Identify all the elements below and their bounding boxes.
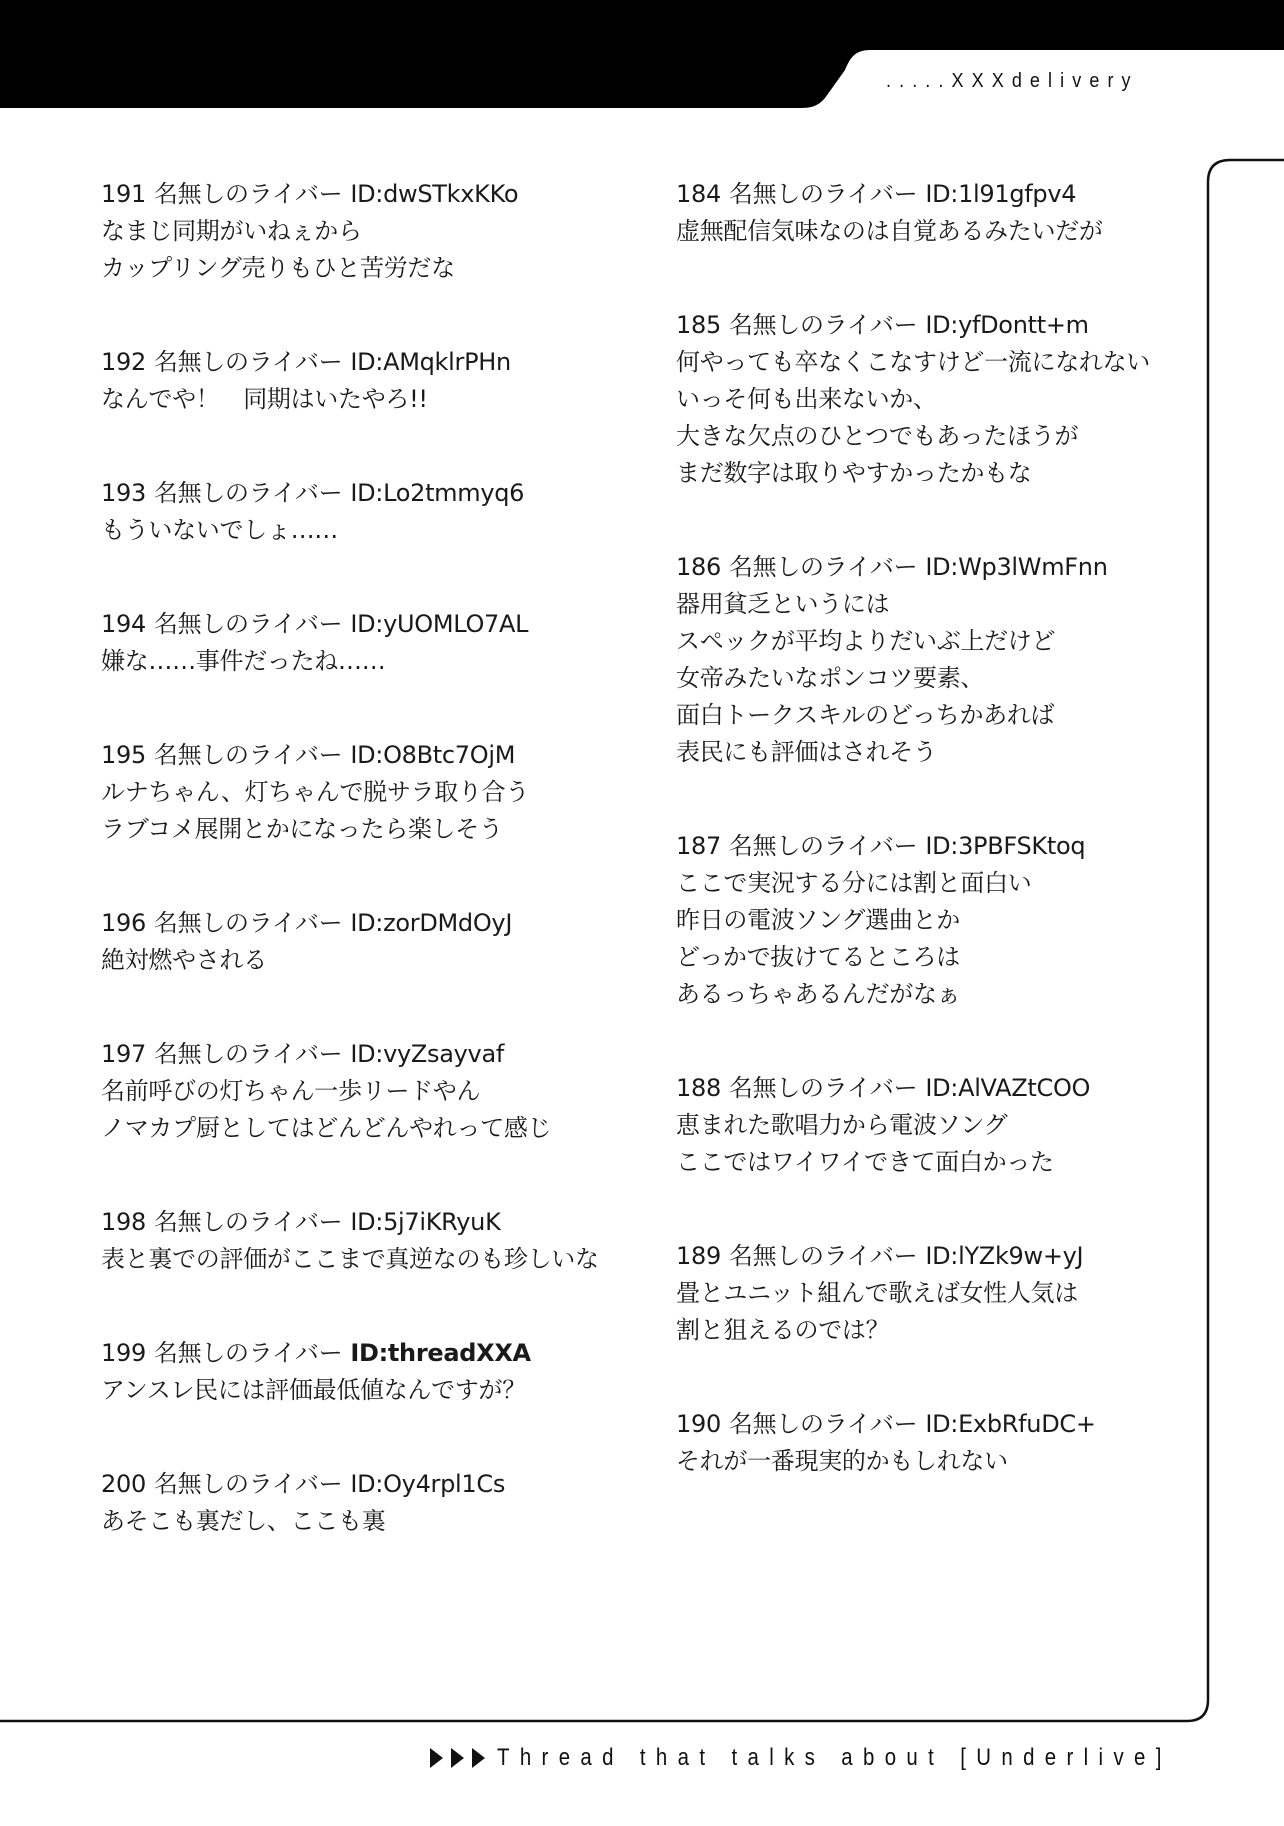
post-body-line: ここで実況する分には割と面白い (676, 865, 1196, 902)
thread-post: 193名無しのライバーID:Lo2tmmyq6もういないでしょ…… (101, 475, 641, 549)
thread-post: 185名無しのライバーID:yfDontt+m何やっても卒なくこなすけど一流にな… (676, 307, 1196, 492)
post-body-line: 女帝みたいなポンコツ要素、 (676, 660, 1196, 697)
thread-post: 198名無しのライバーID:5j7iKRyuK表と裏での評価がここまで真逆なのも… (101, 1204, 641, 1278)
post-header: 195名無しのライバーID:O8Btc7OjM (101, 737, 641, 774)
post-body-line: 恵まれた歌唱力から電波ソング (676, 1107, 1196, 1144)
post-header: 194名無しのライバーID:yUOMLO7AL (101, 606, 641, 643)
post-body-line: なまじ同期がいねぇから (101, 213, 641, 250)
post-number: 195 (101, 741, 146, 769)
post-body-line: 虚無配信気味なのは自覚あるみたいだが (676, 213, 1196, 250)
poster-name: 名無しのライバー (154, 610, 342, 638)
poster-name: 名無しのライバー (729, 1410, 917, 1438)
post-number: 185 (676, 311, 721, 339)
post-header: 200名無しのライバーID:Oy4rpl1Cs (101, 1466, 641, 1503)
poster-id: ID:O8Btc7OjM (350, 741, 515, 769)
thread-post: 191名無しのライバーID:dwSTkxKKoなまじ同期がいねぇからカップリング… (101, 176, 641, 287)
footer-arrows (430, 1748, 485, 1768)
poster-name: 名無しのライバー (154, 1040, 342, 1068)
post-header: 185名無しのライバーID:yfDontt+m (676, 307, 1196, 344)
post-body-line: ノマカプ厨としてはどんどんやれって感じ (101, 1110, 641, 1147)
poster-id: ID:1l91gfpv4 (925, 180, 1076, 208)
post-number: 189 (676, 1242, 721, 1270)
post-header: 198名無しのライバーID:5j7iKRyuK (101, 1204, 641, 1241)
post-body-line: アンスレ民には評価最低値なんですが？ (101, 1372, 641, 1409)
post-number: 184 (676, 180, 721, 208)
post-header: 199名無しのライバーID:threadXXA (101, 1335, 641, 1372)
post-number: 198 (101, 1208, 146, 1236)
thread-post: 184名無しのライバーID:1l91gfpv4虚無配信気味なのは自覚あるみたいだ… (676, 176, 1196, 250)
post-body-line: ルナちゃん、灯ちゃんで脱サラ取り合う (101, 774, 641, 811)
post-body-line: 畳とユニット組んで歌えば女性人気は (676, 1275, 1196, 1312)
post-body-line: 器用貧乏というには (676, 586, 1196, 623)
post-number: 193 (101, 479, 146, 507)
header-tag: .....XXXdelivery (886, 70, 1139, 93)
post-number: 196 (101, 909, 146, 937)
post-header: 191名無しのライバーID:dwSTkxKKo (101, 176, 641, 213)
poster-id: ID:AMqklrPHn (350, 348, 511, 376)
post-body-line: 昨日の電波ソング選曲とか (676, 902, 1196, 939)
post-body-line: ラブコメ展開とかになったら楽しそう (101, 811, 641, 848)
post-number: 188 (676, 1074, 721, 1102)
thread-post: 195名無しのライバーID:O8Btc7OjMルナちゃん、灯ちゃんで脱サラ取り合… (101, 737, 641, 848)
post-body-line: スペックが平均よりだいぶ上だけど (676, 623, 1196, 660)
poster-name: 名無しのライバー (729, 180, 917, 208)
poster-name: 名無しのライバー (729, 832, 917, 860)
thread-post: 187名無しのライバーID:3PBFSKtoqここで実況する分には割と面白い昨日… (676, 828, 1196, 1013)
poster-name: 名無しのライバー (729, 1074, 917, 1102)
post-body-line: 嫌な……事件だったね…… (101, 643, 641, 680)
post-body-line: どっかで抜けてるところは (676, 939, 1196, 976)
post-body-line: カップリング売りもひと苦労だな (101, 250, 641, 287)
poster-name: 名無しのライバー (729, 1242, 917, 1270)
poster-name: 名無しのライバー (154, 1208, 342, 1236)
footer-title: Thread that talks about [Underlive] (497, 1744, 1172, 1772)
poster-id: ID:5j7iKRyuK (350, 1208, 500, 1236)
post-number: 191 (101, 180, 146, 208)
play-triangle-icon (472, 1748, 485, 1768)
post-body-line: 表と裏での評価がここまで真逆なのも珍しいな (101, 1241, 641, 1278)
post-number: 190 (676, 1410, 721, 1438)
poster-id: ID:dwSTkxKKo (350, 180, 518, 208)
post-header: 184名無しのライバーID:1l91gfpv4 (676, 176, 1196, 213)
post-number: 192 (101, 348, 146, 376)
header-bar (0, 0, 1284, 120)
post-body-line: それが一番現実的かもしれない (676, 1443, 1196, 1480)
poster-id: ID:yfDontt+m (925, 311, 1088, 339)
poster-id: ID:lYZk9w+yJ (925, 1242, 1083, 1270)
poster-name: 名無しのライバー (154, 909, 342, 937)
thread-post: 194名無しのライバーID:yUOMLO7AL嫌な……事件だったね…… (101, 606, 641, 680)
play-triangle-icon (451, 1748, 464, 1768)
post-number: 197 (101, 1040, 146, 1068)
thread-post: 188名無しのライバーID:AlVAZtCOO恵まれた歌唱力から電波ソングここで… (676, 1070, 1196, 1181)
post-header: 186名無しのライバーID:Wp3lWmFnn (676, 549, 1196, 586)
poster-name: 名無しのライバー (154, 741, 342, 769)
poster-id: ID:zorDMdOyJ (350, 909, 512, 937)
poster-id: ID:ExbRfuDC+ (925, 1410, 1095, 1438)
poster-name: 名無しのライバー (154, 1339, 342, 1367)
thread-post: 199名無しのライバーID:threadXXAアンスレ民には評価最低値なんですが… (101, 1335, 641, 1409)
post-header: 193名無しのライバーID:Lo2tmmyq6 (101, 475, 641, 512)
poster-name: 名無しのライバー (154, 348, 342, 376)
post-body-line: ここではワイワイできて面白かった (676, 1144, 1196, 1181)
post-number: 199 (101, 1339, 146, 1367)
poster-name: 名無しのライバー (729, 311, 917, 339)
poster-id: ID:threadXXA (350, 1339, 530, 1367)
poster-id: ID:vyZsayvaf (350, 1040, 504, 1068)
post-body-line: あるっちゃあるんだがなぁ (676, 976, 1196, 1013)
post-number: 194 (101, 610, 146, 638)
play-triangle-icon (430, 1748, 443, 1768)
post-body-line: いっそ何も出来ないか、 (676, 381, 1196, 418)
post-header: 196名無しのライバーID:zorDMdOyJ (101, 905, 641, 942)
post-header: 187名無しのライバーID:3PBFSKtoq (676, 828, 1196, 865)
post-body-line: まだ数字は取りやすかったかもな (676, 455, 1196, 492)
posts-column-right: 184名無しのライバーID:1l91gfpv4虚無配信気味なのは自覚あるみたいだ… (676, 176, 1196, 1480)
post-header: 197名無しのライバーID:vyZsayvaf (101, 1036, 641, 1073)
post-header: 192名無しのライバーID:AMqklrPHn (101, 344, 641, 381)
poster-id: ID:Oy4rpl1Cs (350, 1470, 505, 1498)
thread-post: 196名無しのライバーID:zorDMdOyJ絶対燃やされる (101, 905, 641, 979)
poster-id: ID:Lo2tmmyq6 (350, 479, 524, 507)
post-number: 187 (676, 832, 721, 860)
post-number: 200 (101, 1470, 146, 1498)
poster-name: 名無しのライバー (154, 1470, 342, 1498)
post-body-line: あそこも裏だし、ここも裏 (101, 1503, 641, 1540)
thread-post: 197名無しのライバーID:vyZsayvaf名前呼びの灯ちゃん一歩リードやんノ… (101, 1036, 641, 1147)
post-body-line: 何やっても卒なくこなすけど一流になれない (676, 344, 1196, 381)
post-number: 186 (676, 553, 721, 581)
post-header: 188名無しのライバーID:AlVAZtCOO (676, 1070, 1196, 1107)
post-body-line: 表民にも評価はされそう (676, 734, 1196, 771)
footer: Thread that talks about [Underlive] (430, 1744, 1284, 1772)
thread-post: 192名無しのライバーID:AMqklrPHnなんでや！ 同期はいたやろ!! (101, 344, 641, 418)
thread-post: 200名無しのライバーID:Oy4rpl1Csあそこも裏だし、ここも裏 (101, 1466, 641, 1540)
poster-id: ID:AlVAZtCOO (925, 1074, 1090, 1102)
poster-id: ID:3PBFSKtoq (925, 832, 1085, 860)
post-body-line: 大きな欠点のひとつでもあったほうが (676, 418, 1196, 455)
post-body-line: 名前呼びの灯ちゃん一歩リードやん (101, 1073, 641, 1110)
poster-name: 名無しのライバー (729, 553, 917, 581)
post-body-line: なんでや！ 同期はいたやろ!! (101, 381, 641, 418)
poster-name: 名無しのライバー (154, 180, 342, 208)
thread-post: 190名無しのライバーID:ExbRfuDC+それが一番現実的かもしれない (676, 1406, 1196, 1480)
posts-column-left: 191名無しのライバーID:dwSTkxKKoなまじ同期がいねぇからカップリング… (101, 176, 641, 1540)
post-body-line: 絶対燃やされる (101, 942, 641, 979)
post-body-line: 割と狙えるのでは？ (676, 1312, 1196, 1349)
post-body-line: 面白トークスキルのどっちかあれば (676, 697, 1196, 734)
poster-name: 名無しのライバー (154, 479, 342, 507)
thread-post: 186名無しのライバーID:Wp3lWmFnn器用貧乏というにはスペックが平均よ… (676, 549, 1196, 771)
post-header: 189名無しのライバーID:lYZk9w+yJ (676, 1238, 1196, 1275)
post-header: 190名無しのライバーID:ExbRfuDC+ (676, 1406, 1196, 1443)
post-body-line: もういないでしょ…… (101, 512, 641, 549)
thread-post: 189名無しのライバーID:lYZk9w+yJ畳とユニット組んで歌えば女性人気は… (676, 1238, 1196, 1349)
poster-id: ID:yUOMLO7AL (350, 610, 528, 638)
poster-id: ID:Wp3lWmFnn (925, 553, 1107, 581)
